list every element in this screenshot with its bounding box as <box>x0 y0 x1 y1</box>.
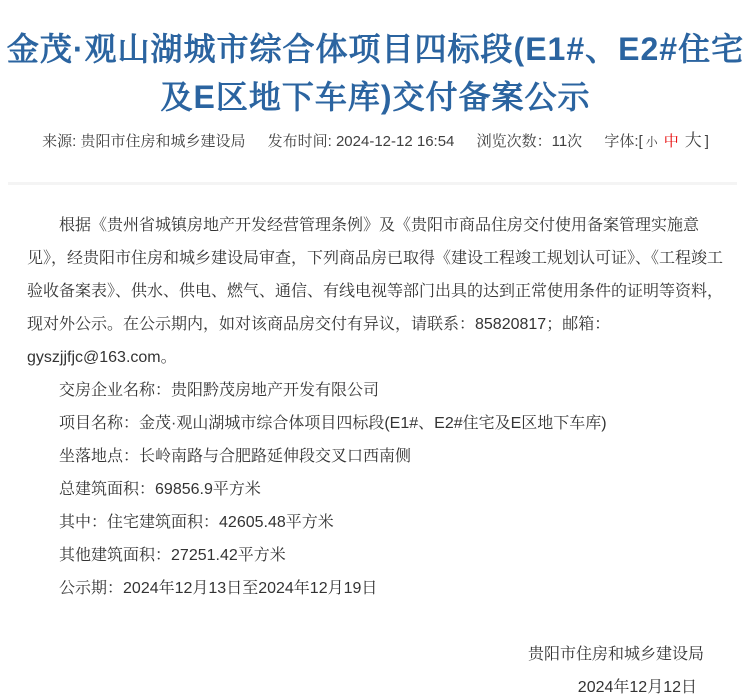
detail-residential-area: 其中：住宅建筑面积：42605.48平方米 <box>27 506 724 539</box>
meta-time-value: 2024-12-12 16:54 <box>336 133 454 150</box>
header-divider <box>8 182 737 185</box>
meta-source-label: 来源: <box>42 133 76 150</box>
meta-source: 来源: 贵阳市住房和城乡建设局 <box>42 133 245 150</box>
font-size-large-button[interactable]: 大 <box>685 131 702 150</box>
page-title-line-1: 金茂·观山湖城市综合体项目四标段(E1#、E2#住宅 <box>0 25 751 73</box>
detail-label: 公示期： <box>59 580 123 597</box>
detail-location: 坐落地点：长岭南路与合肥路延伸段交叉口西南侧 <box>27 440 724 473</box>
font-switch-label: 字体:[ <box>604 133 642 150</box>
meta-publish-time: 发布时间: 2024-12-12 16:54 <box>268 133 455 150</box>
meta-views-label: 浏览次数： <box>477 133 552 150</box>
detail-label: 其中：住宅建筑面积： <box>59 514 219 531</box>
meta-views-value: 11次 <box>552 133 583 150</box>
detail-value: 27251.42平方米 <box>171 547 286 564</box>
font-size-medium-button[interactable]: 中 <box>664 133 679 150</box>
detail-delivery-company: 交房企业名称：贵阳黔茂房地产开发有限公司 <box>27 374 724 407</box>
font-size-switcher: 字体:[小中大] <box>604 133 709 150</box>
notice-paragraph: 根据《贵州省城镇房地产开发经营管理条例》及《贵阳市商品住房交付使用备案管理实施意… <box>27 209 724 374</box>
article-meta: 来源: 贵阳市住房和城乡建设局 发布时间: 2024-12-12 16:54 浏… <box>0 131 751 152</box>
detail-publicity-period: 公示期：2024年12月13日至2024年12月19日 <box>27 572 724 605</box>
notice-page: 金茂·观山湖城市综合体项目四标段(E1#、E2#住宅 及E区地下车库)交付备案公… <box>0 0 751 697</box>
detail-project-name: 项目名称：金茂·观山湖城市综合体项目四标段(E1#、E2#住宅及E区地下车库) <box>27 407 724 440</box>
detail-value: 贵阳黔茂房地产开发有限公司 <box>171 382 379 399</box>
detail-value: 长岭南路与合肥路延伸段交叉口西南侧 <box>139 448 411 465</box>
detail-other-area: 其他建筑面积：27251.42平方米 <box>27 539 724 572</box>
font-switch-bracket: ] <box>705 133 709 150</box>
detail-label: 总建筑面积： <box>59 481 155 498</box>
detail-label: 项目名称： <box>59 415 139 432</box>
signature-date: 2024年12月12日 <box>27 671 724 697</box>
detail-label: 其他建筑面积： <box>59 547 171 564</box>
page-title-line-2: 及E区地下车库)交付备案公示 <box>0 73 751 121</box>
detail-value: 金茂·观山湖城市综合体项目四标段(E1#、E2#住宅及E区地下车库) <box>139 415 607 432</box>
meta-view-count: 浏览次数：11次 <box>477 133 583 150</box>
detail-value: 69856.9平方米 <box>155 481 261 498</box>
font-size-small-button[interactable]: 小 <box>646 135 658 149</box>
page-title: 金茂·观山湖城市综合体项目四标段(E1#、E2#住宅 及E区地下车库)交付备案公… <box>0 25 751 121</box>
meta-source-value: 贵阳市住房和城乡建设局 <box>80 133 245 150</box>
detail-value: 42605.48平方米 <box>219 514 334 531</box>
notice-body: 根据《贵州省城镇房地产开发经营管理条例》及《贵阳市商品住房交付使用备案管理实施意… <box>27 209 724 697</box>
detail-total-area: 总建筑面积：69856.9平方米 <box>27 473 724 506</box>
signature-organization: 贵阳市住房和城乡建设局 <box>27 638 724 671</box>
signature-block: 贵阳市住房和城乡建设局 2024年12月12日 <box>27 638 724 697</box>
detail-label: 坐落地点： <box>59 448 139 465</box>
detail-label: 交房企业名称： <box>59 382 171 399</box>
meta-time-label: 发布时间: <box>268 133 332 150</box>
detail-value: 2024年12月13日至2024年12月19日 <box>123 580 377 597</box>
